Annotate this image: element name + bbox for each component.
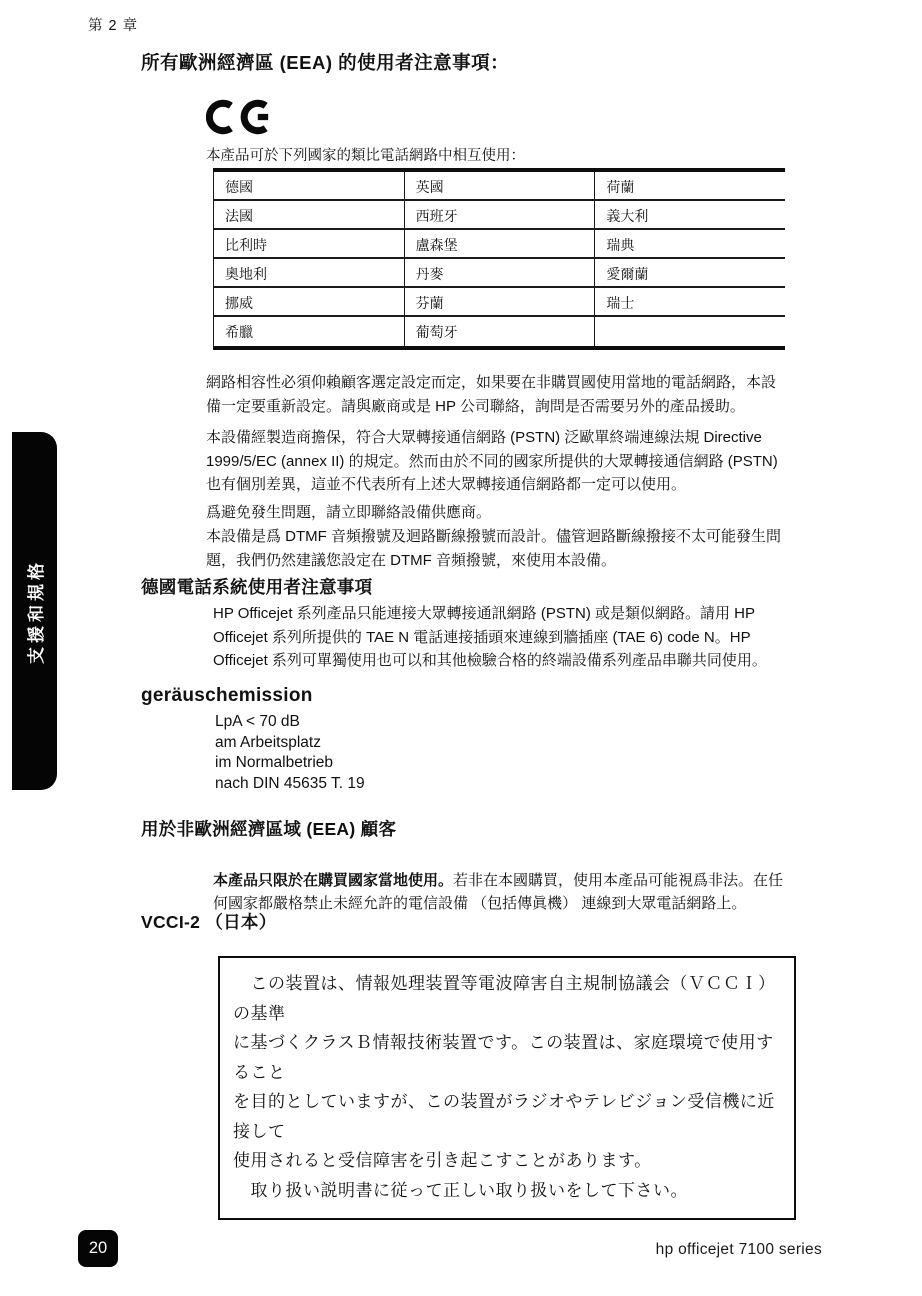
country-cell: 丹麥 xyxy=(404,259,595,286)
vcci-statement-box: この装置は、情報処理装置等電波障害自主規制協議会（ＶＣＣＩ）の基準 に基づくクラ… xyxy=(218,956,796,1220)
country-cell: 奧地利 xyxy=(213,259,404,286)
country-cell: 英國 xyxy=(404,172,595,199)
chapter-label: 第 2 章 xyxy=(88,14,138,35)
country-cell: 盧森堡 xyxy=(404,230,595,257)
country-cell: 挪威 xyxy=(213,288,404,315)
section-thumb-tab-label: 支援和規格 xyxy=(22,559,47,664)
pstn-directive-paragraph: 本設備經製造商擔保，符合大眾轉接通信網路 (PSTN) 泛歐單終端連線法規 Di… xyxy=(206,426,854,497)
analog-network-intro: 本產品可於下列國家的類比電話網路中相互使用： xyxy=(206,144,525,165)
page-number: 20 xyxy=(89,1239,107,1258)
country-cell: 荷蘭 xyxy=(594,172,785,199)
non-eea-bold-lead: 本產品只限於在購買國家當地使用。 xyxy=(213,872,453,889)
country-table-row: 比利時盧森堡瑞典 xyxy=(213,230,785,259)
country-cell xyxy=(594,317,785,346)
network-compatibility-paragraph: 網路相容性必須仰賴顧客選定設定而定，如果要在非購買國使用當地的電話網路，本設 備… xyxy=(206,371,854,418)
noise-emission-heading: geräuschemission xyxy=(141,685,313,707)
country-table-row: 法國西班牙義大利 xyxy=(213,201,785,230)
country-cell: 瑞典 xyxy=(594,230,785,257)
country-cell: 比利時 xyxy=(213,230,404,257)
country-cell: 瑞士 xyxy=(594,288,785,315)
country-cell: 芬蘭 xyxy=(404,288,595,315)
noise-emission-values: LpA < 70 dB am Arbeitsplatz im Normalbet… xyxy=(215,712,365,794)
country-cell: 葡萄牙 xyxy=(404,317,595,346)
ce-mark-icon xyxy=(206,91,280,148)
manual-page: 第 2 章 所有歐洲經濟區 (EEA) 的使用者注意事項： 本產品可於下列國家的… xyxy=(0,0,922,1296)
section-thumb-tab: 支援和規格 xyxy=(12,432,57,790)
country-cell: 德國 xyxy=(213,172,404,199)
non-eea-paragraph: 本產品只限於在購買國家當地使用。若非在本國購買，使用本產品可能視爲非法。在任 何… xyxy=(213,845,858,916)
country-cell: 義大利 xyxy=(594,201,785,228)
dtmf-dialing-paragraph: 本設備是爲 DTMF 音頻撥號及迴路斷線撥號而設計。儘管迴路斷線撥接不太可能發生… xyxy=(206,525,854,572)
countries-table: 德國英國荷蘭法國西班牙義大利比利時盧森堡瑞典奧地利丹麥愛爾蘭挪威芬蘭瑞士希臘葡萄… xyxy=(213,168,785,350)
country-table-row: 德國英國荷蘭 xyxy=(213,172,785,201)
non-eea-heading: 用於非歐洲經濟區域 (EEA) 顧客 xyxy=(141,816,396,841)
contact-supplier-paragraph: 爲避免發生問題，請立即聯絡設備供應商。 xyxy=(206,501,854,525)
vcci-heading: VCCI-2 （日本） xyxy=(141,909,277,934)
german-phone-paragraph: HP Officejet 系列產品只能連接大眾轉接通訊網路 (PSTN) 或是類… xyxy=(213,602,853,673)
country-table-row: 挪威芬蘭瑞士 xyxy=(213,288,785,317)
german-phone-heading: 德國電話系統使用者注意事項 xyxy=(141,574,372,599)
country-cell: 西班牙 xyxy=(404,201,595,228)
country-table-row: 奧地利丹麥愛爾蘭 xyxy=(213,259,785,288)
country-table-row: 希臘葡萄牙 xyxy=(213,317,785,346)
eea-notice-heading: 所有歐洲經濟區 (EEA) 的使用者注意事項： xyxy=(141,49,509,75)
country-cell: 愛爾蘭 xyxy=(594,259,785,286)
footer-product-name: hp officejet 7100 series xyxy=(656,1241,822,1259)
page-number-badge: 20 xyxy=(78,1230,118,1267)
country-cell: 法國 xyxy=(213,201,404,228)
country-cell: 希臘 xyxy=(213,317,404,346)
